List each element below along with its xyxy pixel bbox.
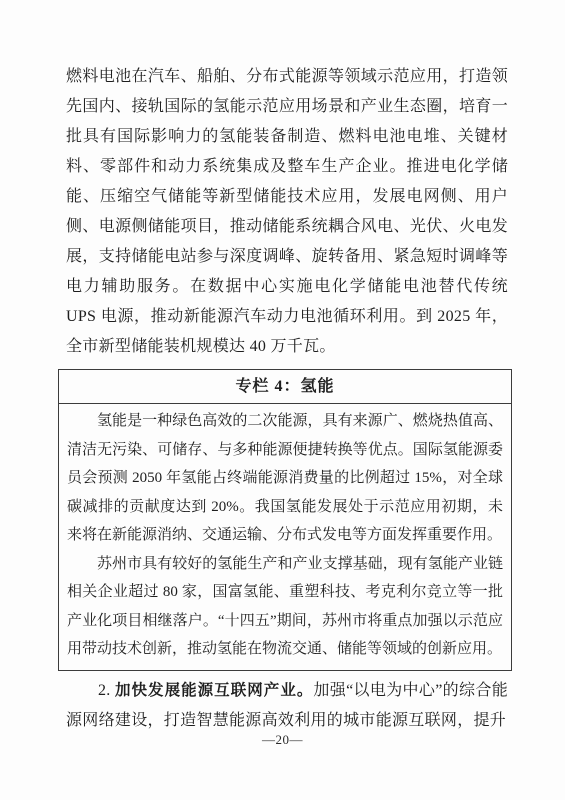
- box-paragraph-hydrogen-intro: 氢能是一种绿色高效的二次能源，具有来源广、燃烧热值高、清洁无污染、可储存、与多种…: [67, 407, 503, 550]
- item-lead-heading: 加快发展能源互联网产业。: [115, 682, 313, 699]
- paragraph-storage-development: 燃料电池在汽车、船舶、分布式能源等领域示范应用，打造领先国内、接轨国际的氢能示范…: [66, 62, 508, 362]
- box-body: 氢能是一种绿色高效的二次能源，具有来源广、燃烧热值高、清洁无污染、可储存、与多种…: [59, 404, 511, 670]
- special-column-box: 专栏 4：氢能 氢能是一种绿色高效的二次能源，具有来源广、燃烧热值高、清洁无污染…: [58, 369, 512, 671]
- box-title: 专栏 4：氢能: [59, 370, 511, 404]
- paragraph-energy-internet: 2. 加快发展能源互联网产业。加强“以电为中心”的综合能源网络建设，打造智慧能源…: [66, 676, 508, 736]
- document-page: 燃料电池在汽车、船舶、分布式能源等领域示范应用，打造领先国内、接轨国际的氢能示范…: [0, 0, 565, 800]
- page-number: —20—: [0, 732, 565, 748]
- box-paragraph-suzhou-hydrogen: 苏州市具有较好的氢能生产和产业支撑基础，现有氢能产业链相关企业超过 80 家，国…: [67, 550, 503, 664]
- item-number: 2.: [98, 682, 115, 699]
